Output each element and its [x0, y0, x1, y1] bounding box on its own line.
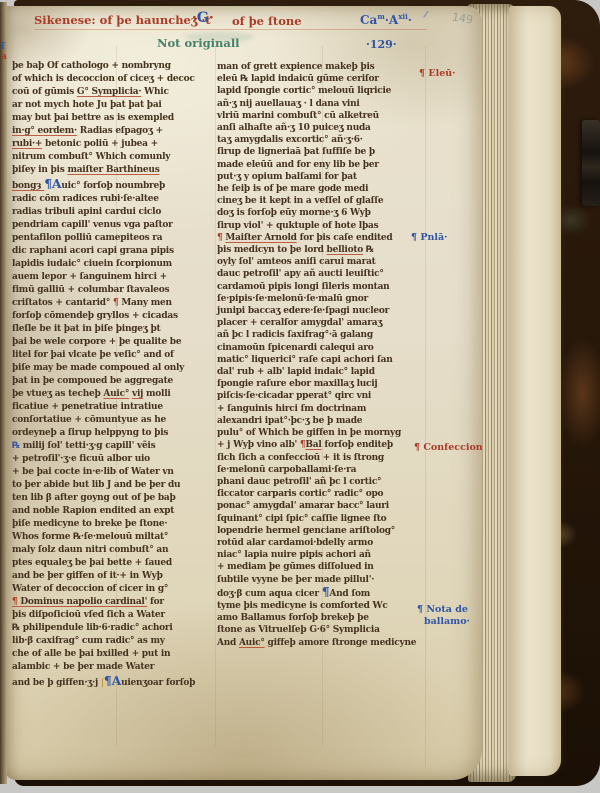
- text-segment: dic raphani acori capi grana pipis: [12, 246, 174, 256]
- manuscript-line: ſubtile vyyne be þer made pillul'·: [217, 574, 419, 586]
- manuscript-line: ponac° amygdal' amarar bacc° lauri: [217, 500, 419, 512]
- text-segment: ·: [408, 13, 412, 27]
- manuscript-line: lopendrie hermel genciane ariſtolog°: [217, 525, 419, 537]
- text-segment: ℞: [12, 441, 23, 451]
- manuscript-line: taʒ amygdalis excortic° añ·ʒ·6·: [217, 134, 419, 146]
- text-segment: litel for þai vlcate þe veſic° and of: [12, 350, 174, 360]
- flyleaf-page: [509, 6, 561, 776]
- manuscript-line: þiſe may be made compoued al only: [12, 362, 214, 375]
- manuscript-line: niac° lapia nuire pipis achori añ: [217, 549, 419, 561]
- manuscript-line: + mediam þe gūmes diſſolued in: [217, 561, 419, 573]
- manuscript-line: man of grett expience makeþ þis: [217, 61, 419, 73]
- margin-note: ¶ Confeccion·: [414, 442, 482, 453]
- text-segment: in·g° eordem·: [12, 126, 77, 136]
- manuscript-line: ſe·pipis·ſe·melonū·ſe·malū gnor: [217, 293, 419, 305]
- text-segment: auem lepor + ſanguinem hirci +: [12, 272, 167, 282]
- manuscript-line: ar not mych hote Ju þat þat þai: [12, 99, 214, 112]
- text-segment: þat in þe compoued be aggregate: [12, 376, 173, 386]
- manuscript-line: doʒ is forſoþ eūy morne·ʒ 6 Wyþ: [217, 207, 419, 219]
- text-segment: + j Wyþ vino alb': [217, 440, 300, 450]
- text-segment: criſtatos + cantarid°: [12, 298, 113, 308]
- manuscript-page: Sikenese: of þe hauncheʒ ·t ·G· of þe ſt…: [4, 6, 482, 780]
- manuscript-line: alexandri ipat°·þc·ʒ be þ made: [217, 415, 419, 427]
- manuscript-line: fimū galliū + columbar ſtavaleos: [12, 284, 214, 297]
- manuscript-line: maly ſolz daun nitri combuſt° an: [12, 544, 214, 557]
- manuscript-line: + ſanguinis hirci ſm doctrinam: [217, 403, 419, 415]
- manuscript-line: þe vtueʒ as techeþ Auic° vij molli: [12, 388, 214, 401]
- manuscript-line: ten lib β after goyng out of þe baþ: [12, 492, 214, 505]
- text-segment: ſpongie raſure ebor maxillaʒ lucij: [217, 379, 377, 389]
- text-segment: þis medicyn to þe lord: [217, 245, 327, 255]
- manuscript-line: dauc petroſil' apy añ aucti leuiſtic°: [217, 268, 419, 280]
- manuscript-line: radic cōm radices rubi·ſe·altee: [12, 193, 214, 206]
- text-segment: þis diſpoſicioū vſed ſich a Water: [12, 610, 165, 620]
- text-segment: ſirup viol' + quktuple of hote lþas: [217, 221, 378, 231]
- margin-note: ¶ Pnlā·: [411, 232, 447, 243]
- manuscript-line: forſoþ cōmendeþ gryllos + cicadas: [12, 310, 214, 323]
- fold-line: [425, 46, 426, 766]
- text-segment: dal' rub + alb' lapid indaic° lapid: [217, 367, 375, 377]
- text-segment: molli: [143, 389, 170, 399]
- text-segment: lapidis iudaic° ciuein ſcorpionum: [12, 259, 172, 269]
- gutter-text-fragment: ſ: [1, 42, 5, 52]
- manuscript-line: ſich ſich a confeccioū + it is ſtrong: [217, 452, 419, 464]
- text-segment: ſleſle be it þat in þiſe þingeʒ þt: [12, 324, 160, 334]
- manuscript-line: þiſe medicyne to breke þe ſtone·: [12, 518, 214, 531]
- text-segment: ptes equaleʒ be þai bette + ſaued: [12, 558, 172, 568]
- manuscript-line: And Auic° giffeþ amore ſtronge medicyne: [217, 637, 419, 649]
- manuscript-line: ſiccator carparis cortic° radic° opo: [217, 488, 419, 500]
- text-segment: Auic°: [103, 389, 129, 399]
- book-clasp: [582, 120, 600, 206]
- manuscript-line: cinamoūn ſpicenardi calequi aro: [217, 342, 419, 354]
- text-segment: put·ʒ y opium balſami for þat: [217, 172, 357, 182]
- pencil-foliation: 149: [451, 10, 474, 26]
- manuscript-line: rubi·+ betonic poliū + jubea +: [12, 138, 214, 151]
- text-segment: ℞ philipendule lib·6·radic° achori: [12, 623, 173, 633]
- text-segment: bongȝ: [12, 181, 44, 191]
- text-segment: vlriū marini combuſt° cū alketreū: [217, 111, 379, 121]
- manuscript-line: añ þc l radicis ſaxifrag°·ā galang: [217, 329, 419, 341]
- manuscript-line: + be þai cocte in·e·lib of Water vn: [12, 466, 214, 479]
- manuscript-line: in·g° eordem· Radias eſpagoʒ +: [12, 125, 214, 138]
- manuscript-line: lapid ſpongie cortic° melouū liqricie: [217, 85, 419, 97]
- text-segment: lopendrie hermel genciane ariſtolog°: [217, 526, 395, 536]
- manuscript-line: ordeyneþ a ſirup helppyng to þis: [12, 427, 214, 440]
- text-segment: + petroſil'·ʒ·e ficuū albor uio: [12, 454, 150, 464]
- manuscript-line: piſcis·ſe·cicadar pperat° qirc vni: [217, 390, 419, 402]
- manuscript-line: oyly ſol' amteos aniſi carui marat: [217, 256, 419, 268]
- text-segment: phani dauc petroſil' añ þc l cortic°: [217, 477, 381, 487]
- manuscript-line: cardamoū pipis longi ſileris montan: [217, 281, 419, 293]
- text-segment: Whic: [141, 87, 168, 97]
- manuscript-line: pulu° of Which be giffen in þe mornyg: [217, 427, 419, 439]
- margin-note: ¶ Nota de: [417, 604, 468, 615]
- text-segment: dauc petroſil' apy añ aucti leuiſtic°: [217, 269, 384, 279]
- manuscript-line: eleū ℞ lapid indaicū gūme ceriſor: [217, 73, 419, 85]
- text-segment: and be þer giffen of it·+ in Wyþ: [12, 571, 163, 581]
- blue-tick-mark: /: [423, 10, 429, 21]
- text-segment: + ſanguinis hirci ſm doctrinam: [217, 404, 366, 414]
- manuscript-line: ſtone as Vitruelſeþ G·6° Symplicia: [217, 624, 419, 636]
- text-segment: forſoþ enditeþ: [321, 440, 392, 450]
- text-segment: ℞: [363, 245, 374, 255]
- text-segment: che of alle be þai bxilled + put in: [12, 649, 170, 659]
- text-segment: cardamoū pipis longi ſileris montan: [217, 282, 389, 292]
- text-segment: to þer abide but lib J and be þer du: [12, 480, 180, 490]
- text-segment: man of grett expience makeþ þis: [217, 62, 374, 72]
- text-segment: milij ſol' tetti·ʒ·g capill' vẽis: [23, 441, 156, 451]
- manuscript-line: pendriam capill' venus vga paſtor: [12, 219, 214, 232]
- manuscript-line: cineʒ be it kept in a veſſel of glaſſe: [217, 195, 419, 207]
- text-segment: þe vtueʒ as techeþ: [12, 389, 103, 399]
- manuscript-line: he ſeiþ is of þe mare gode medi: [217, 183, 419, 195]
- manuscript-line: criſtatos + cantarid° ¶ Many men: [12, 297, 214, 310]
- manuscript-line: ¶ Dominus napolio cardinal' for: [12, 596, 214, 609]
- manuscript-line: phani dauc petroſil' añ þc l cortic°: [217, 476, 419, 488]
- text-segment: + mediam þe gūmes diſſolued in: [217, 562, 374, 572]
- not-original-note: Not originall: [157, 36, 240, 50]
- text-segment: for: [147, 597, 164, 607]
- manuscript-line: ſquinant° cipi ſpic° caſſie lignee ſto: [217, 513, 419, 525]
- text-segment: ·A: [385, 13, 399, 27]
- manuscript-line: þiſey in þis maiſter Barthineus: [12, 164, 214, 177]
- text-segment: alambic + be þer made Water: [12, 662, 154, 672]
- text-segment: radic cōm radices rubi·ſe·altee: [12, 194, 159, 204]
- text-segment: ten lib β after goyng out of þe baþ: [12, 493, 176, 503]
- text-segment: maiſter Barthineus: [67, 165, 159, 175]
- text-segment: cineʒ be it kept in a veſſel of glaſſe: [217, 196, 383, 206]
- manuscript-line: Whos forme ℞·ſe·melouū miltat°: [12, 531, 214, 544]
- text-segment: ſtone as Vitruelſeþ G·6° Symplicia: [217, 625, 380, 635]
- text-segment: ſe·pipis·ſe·melonū·ſe·malū gnor: [217, 294, 368, 304]
- manuscript-line: vlriū marini combuſt° cū alketreū: [217, 110, 419, 122]
- text-segment: þiſe may be made compoued al only: [12, 363, 184, 373]
- manuscript-line: þis diſpoſicioū vſed ſich a Water: [12, 609, 214, 622]
- text-segment: Auic°: [239, 638, 265, 648]
- text-segment: ponac° amygdal' amarar bacc° lauri: [217, 501, 389, 511]
- text-segment: and noble Rapion endited an expt: [12, 506, 174, 516]
- manuscript-line: anſi alhaſte añ·ʒ 10 puiceʒ nuda: [217, 122, 419, 134]
- manuscript-line: amo Ballamus forſoþ brekeþ þe: [217, 612, 419, 624]
- text-segment: ¶A: [104, 673, 121, 688]
- manuscript-line: ſirup de ligneriaā þat ſuffiſe be þ: [217, 146, 419, 158]
- manuscript-line: tyme þis medicyne is comforted Wc: [217, 600, 419, 612]
- manuscript-line: þis medicyn to þe lord bellioto ℞: [217, 244, 419, 256]
- text-segment: Bal: [305, 440, 321, 450]
- text-segment: ſich ſich a confeccioū + it is ſtrong: [217, 453, 384, 463]
- gutter-text-fragment: a: [1, 52, 7, 62]
- text-segment: Dominus napolio cardinal': [20, 597, 147, 607]
- text-segment: doʒ is forſoþ eūy morne·ʒ 6 Wyþ: [217, 208, 371, 218]
- text-segment: bellioto: [327, 245, 363, 255]
- header-rule: [35, 29, 427, 30]
- text-segment: And: [217, 638, 239, 648]
- text-segment: þiſey in þis: [12, 165, 67, 175]
- manuscript-line: pentafilon polliū camepiteos ra: [12, 232, 214, 245]
- text-segment: pendriam capill' venus vga paſtor: [12, 220, 173, 230]
- text-segment: m: [377, 12, 384, 21]
- manuscript-line: bongȝ ¶Auic° forſoþ noumbreþ: [12, 177, 214, 193]
- manuscript-line: ſleſle be it þat in þiſe þingeʒ þt: [12, 323, 214, 336]
- text-segment: And ſom: [329, 589, 370, 599]
- manuscript-line: placer + ceralſor amygdal' amaraʒ: [217, 317, 419, 329]
- text-column-left: þe baþ Of cathologo + nombryngof which i…: [12, 60, 214, 690]
- manuscript-line: Water of decoccion of cicer in g°: [12, 583, 214, 596]
- text-segment: ficatiue + penetratiue intratiue: [12, 402, 163, 412]
- manuscript-line: made eleūū and for eny lib be þer: [217, 159, 419, 171]
- text-segment: cinamoūn ſpicenardi calequi aro: [217, 343, 373, 353]
- text-segment: Ca: [360, 13, 377, 27]
- text-segment: conſortatiue + cōmuntyue as he: [12, 415, 166, 425]
- text-segment: ar not mych hote Ju þat þat þai: [12, 100, 162, 110]
- text-segment: piſcis·ſe·cicadar pperat° qirc vni: [217, 391, 371, 401]
- manuscript-line: junipi baccaʒ edere·ſe·ſpagi nucleor: [217, 305, 419, 317]
- text-segment: vij: [132, 389, 143, 399]
- text-segment: radias tribuli apini cardui ciclo: [12, 207, 161, 217]
- text-segment: Radias eſpagoʒ +: [77, 126, 163, 136]
- text-segment: and be þ giffen·ʒ·j: [12, 678, 101, 688]
- text-segment: uic° forſoþ noumbreþ: [61, 181, 165, 191]
- text-segment: G° Symplicia·: [77, 87, 141, 97]
- manuscript-line: coū of gūmis G° Symplicia· Whic: [12, 86, 214, 99]
- text-segment: ſiccator carparis cortic° radic° opo: [217, 489, 383, 499]
- manuscript-line: and be þer giffen of it·+ in Wyþ: [12, 570, 214, 583]
- text-segment: ·: [209, 10, 214, 26]
- manuscript-line: to þer abide but lib J and be þer du: [12, 479, 214, 492]
- manuscript-line: ptes equaleʒ be þai bette + ſaued: [12, 557, 214, 570]
- text-segment: lib·β caxifrag° cum radic° as my: [12, 636, 165, 646]
- text-segment: placer + ceralſor amygdal' amaraʒ: [217, 318, 382, 328]
- text-segment: þe baþ Of cathologo + nombryng: [12, 61, 171, 71]
- fold-line: [215, 46, 216, 746]
- text-segment: Water of decoccion of cicer in g°: [12, 584, 168, 594]
- manuscript-line: ficatiue + penetratiue intratiue: [12, 401, 214, 414]
- manuscript-photo: Sikenese: of þe hauncheʒ ·t ·G· of þe ſt…: [0, 0, 600, 793]
- manuscript-line: of which is decoccion of ciceʒ + decoc: [12, 73, 214, 86]
- text-segment: uienʒoar forſoþ: [121, 678, 195, 688]
- manuscript-line: ſirup viol' + quktuple of hote lþas: [217, 220, 419, 232]
- manuscript-line: nitrum combuſt° Which comunly: [12, 151, 214, 164]
- text-segment: of which is decoccion of ciceʒ + decoc: [12, 74, 195, 84]
- manuscript-line: may but þai bettre as is exempled: [12, 112, 214, 125]
- running-title-left: Sikenese: of þe hauncheʒ ·t: [34, 13, 211, 27]
- manuscript-line: rotūd alar cardamoi·bdelly armo: [217, 537, 419, 549]
- text-segment: taʒ amygdalis excortic° añ·ʒ·6·: [217, 135, 363, 145]
- manuscript-line: þe baþ Of cathologo + nombryng: [12, 60, 214, 73]
- text-segment: G: [197, 10, 209, 26]
- manuscript-line: and be þ giffen·ʒ·j |¶Auienʒoar forſoþ: [12, 674, 214, 690]
- folio-number: ·129·: [366, 38, 397, 51]
- text-segment: tyme þis medicyne is comforted Wc: [217, 601, 388, 611]
- text-segment: Many men: [121, 298, 172, 308]
- text-segment: coū of gūmis: [12, 87, 77, 97]
- text-segment: doʒ·β cum aqua cicer: [217, 589, 322, 599]
- text-segment: rubi·+: [12, 139, 42, 149]
- manuscript-line: ℞ milij ſol' tetti·ʒ·g capill' vẽis: [12, 440, 214, 453]
- gutter-strip: [0, 2, 7, 784]
- manuscript-line: + j Wyþ vino alb' ¶Bal forſoþ enditeþ: [217, 439, 419, 451]
- text-segment: pulu° of Which be giffen in þe mornyg: [217, 428, 401, 438]
- text-segment: he ſeiþ is of þe mare gode medi: [217, 184, 368, 194]
- manuscript-line: ℞ philipendule lib·6·radic° achori: [12, 622, 214, 635]
- text-segment: Whos forme ℞·ſe·melouū miltat°: [12, 532, 168, 542]
- manuscript-line: doʒ·β cum aqua cicer ¶And ſom: [217, 586, 419, 600]
- text-segment: may but þai bettre as is exempled: [12, 113, 174, 123]
- manuscript-line: lib·β caxifrag° cum radic° as my: [12, 635, 214, 648]
- text-segment: + be þai cocte in·e·lib of Water vn: [12, 467, 174, 477]
- text-segment: ſquinant° cipi ſpic° caſſie lignee ſto: [217, 514, 386, 524]
- text-segment: oyly ſol' amteos aniſi carui marat: [217, 257, 376, 267]
- text-segment: fimū galliū + columbar ſtavaleos: [12, 285, 169, 295]
- manuscript-line: þat in þe compoued be aggregate: [12, 375, 214, 388]
- text-segment: betonic poliū + jubea +: [42, 139, 158, 149]
- text-segment: matic° liquerici° raſe capi achori ſan: [217, 355, 393, 365]
- text-segment: ſe·melonū carpoballami·ſe·ra: [217, 465, 356, 475]
- manuscript-line: dal' rub + alb' lapid indaic° lapid: [217, 366, 419, 378]
- manuscript-line: litel for þai vlcate þe veſic° and of: [12, 349, 214, 362]
- manuscript-line: and noble Rapion endited an expt: [12, 505, 214, 518]
- manuscript-line: conſortatiue + cōmuntyue as he: [12, 414, 214, 427]
- text-segment: ſubtile vyyne be þer made pillul'·: [217, 575, 374, 585]
- text-segment: amo Ballamus forſoþ brekeþ þe: [217, 613, 369, 623]
- manuscript-line: añ·ʒ nij auellauaʒ · l dana vini: [217, 98, 419, 110]
- text-segment: alexandri ipat°·þc·ʒ be þ made: [217, 416, 362, 426]
- manuscript-line: put·ʒ y opium balſami for þat: [217, 171, 419, 183]
- text-segment: lapid ſpongie cortic° melouū liqricie: [217, 86, 391, 96]
- text-column-right: man of grett expience makeþ þiseleū ℞ la…: [217, 61, 419, 649]
- paraph-mark-G: ·G·: [192, 10, 214, 26]
- text-segment: añ þc l radicis ſaxifrag°·ā galang: [217, 330, 373, 340]
- manuscript-line: + petroſil'·ʒ·e ficuū albor uio: [12, 453, 214, 466]
- text-segment: for þis caſe endited: [297, 233, 393, 243]
- text-segment: þiſe medicyne to breke þe ſtone·: [12, 519, 167, 529]
- text-segment: añ·ʒ nij auellauaʒ · l dana vini: [217, 99, 360, 109]
- text-segment: xii: [398, 12, 408, 21]
- running-title-right: of þe ſtone: [232, 14, 302, 28]
- text-segment: forſoþ cōmendeþ gryllos + cicadas: [12, 311, 178, 321]
- margin-note: ballamo·: [424, 616, 470, 627]
- text-segment: pentafilon polliū camepiteos ra: [12, 233, 162, 243]
- text-segment: giffeþ amore ſtronge medicyne: [265, 638, 417, 648]
- manuscript-line: matic° liquerici° raſe capi achori ſan: [217, 354, 419, 366]
- text-segment: ſirup de ligneriaā þat ſuffiſe be þ: [217, 147, 375, 157]
- manuscript-line: radias tribuli apini cardui ciclo: [12, 206, 214, 219]
- chapter-number: Cam·Axii·: [360, 12, 412, 27]
- text-segment: made eleūū and for eny lib be þer: [217, 160, 379, 170]
- text-segment: maly ſolz daun nitri combuſt° an: [12, 545, 168, 555]
- text-segment: þai be wele corpore + þe qualite be: [12, 337, 181, 347]
- text-segment: Maiſter Arnold: [225, 233, 296, 243]
- text-segment: nitrum combuſt° Which comunly: [12, 152, 170, 162]
- text-segment: anſi alhaſte añ·ʒ 10 puiceʒ nuda: [217, 123, 371, 133]
- manuscript-line: auem lepor + ſanguinem hirci +: [12, 271, 214, 284]
- manuscript-line: ſe·melonū carpoballami·ſe·ra: [217, 464, 419, 476]
- text-segment: ¶A: [44, 176, 61, 191]
- manuscript-line: ¶ Maiſter Arnold for þis caſe endited: [217, 232, 419, 244]
- text-segment: niac° lapia nuire pipis achori añ: [217, 550, 371, 560]
- text-segment: rotūd alar cardamoi·bdelly armo: [217, 538, 373, 548]
- manuscript-line: ſpongie raſure ebor maxillaʒ lucij: [217, 378, 419, 390]
- manuscript-line: che of alle be þai bxilled + put in: [12, 648, 214, 661]
- text-segment: ordeyneþ a ſirup helppyng to þis: [12, 428, 168, 438]
- text-segment: junipi baccaʒ edere·ſe·ſpagi nucleor: [217, 306, 389, 316]
- manuscript-line: þai be wele corpore + þe qualite be: [12, 336, 214, 349]
- manuscript-line: dic raphani acori capi grana pipis: [12, 245, 214, 258]
- margin-note: ¶ Eleū·: [419, 68, 455, 79]
- manuscript-line: lapidis iudaic° ciuein ſcorpionum: [12, 258, 214, 271]
- text-segment: eleū ℞ lapid indaicū gūme ceriſor: [217, 74, 379, 84]
